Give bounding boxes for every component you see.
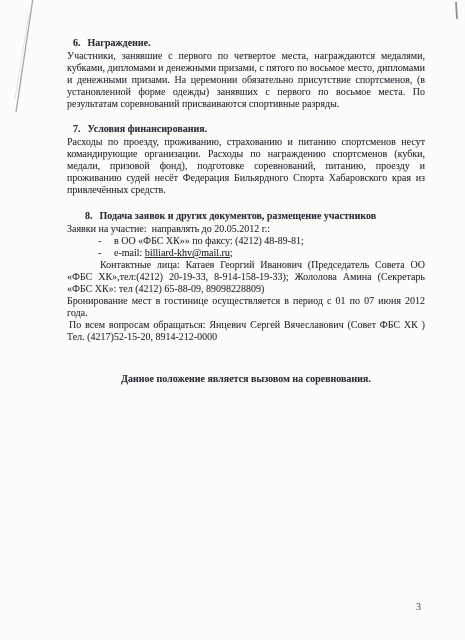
closing-statement: Данное положение является вызовом на сор… xyxy=(67,374,425,386)
fax-bullet-item: -в ОО «ФБС ХК»» по факсу: (4212) 48-89-8… xyxy=(67,236,425,248)
section-7-body: Расходы по проезду, проживанию, страхова… xyxy=(67,137,425,197)
section-8-heading: 8.Подача заявок и других документов, раз… xyxy=(67,211,425,223)
email-link[interactable]: billiard-khv@mail.ru xyxy=(145,248,230,259)
section-6-heading: 6.Награждение. xyxy=(67,38,425,50)
page-edge-line xyxy=(16,0,33,112)
section-7-title: Условия финансирования. xyxy=(88,124,208,135)
section-6-body: Участники, занявшие с первого по четверт… xyxy=(67,51,425,111)
section-8-number: 8. xyxy=(85,211,93,222)
page-number: 3 xyxy=(416,602,421,613)
fax-bullet-text: в ОО «ФБС ХК»» по факсу: (4212) 48-89-81… xyxy=(114,236,304,247)
email-bullet-prefix: e-mail: xyxy=(114,248,145,259)
section-6-title: Награждение. xyxy=(88,38,151,49)
contacts-paragraph: Контактные лица: Катаев Георгий Иванович… xyxy=(67,260,425,296)
applications-intro-line: Заявки на участие: направлять до 20.05.2… xyxy=(67,224,425,236)
page-edge-line-faint xyxy=(15,14,29,98)
booking-paragraph: Бронирование мест в гостинице осуществля… xyxy=(67,296,425,320)
dash-bullet-icon: - xyxy=(98,236,114,248)
email-bullet-suffix: ; xyxy=(230,248,233,259)
section-8-title: Подача заявок и других документов, разме… xyxy=(100,211,377,222)
section-7-number: 7. xyxy=(73,124,81,135)
corner-mark xyxy=(456,2,457,19)
document-text: 6.Награждение. Участники, занявшие с пер… xyxy=(67,38,425,396)
questions-paragraph: По всем вопросам обращаться: Янцевич Сер… xyxy=(67,320,425,344)
scanned-page: 6.Награждение. Участники, занявшие с пер… xyxy=(0,0,465,640)
dash-bullet-icon: - xyxy=(98,248,114,260)
section-6-number: 6. xyxy=(73,38,81,49)
section-7-heading: 7.Условия финансирования. xyxy=(67,124,425,136)
email-bullet-item: -e-mail: billiard-khv@mail.ru; xyxy=(67,248,425,260)
